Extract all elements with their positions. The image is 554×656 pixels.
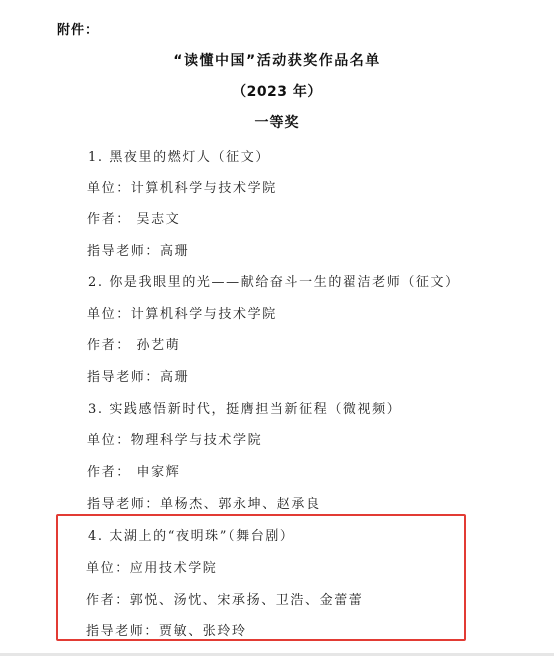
entry-advisor: 指导老师：贾敏、张玲玲 bbox=[86, 620, 247, 639]
entry-title: 2. 你是我眼里的光——献给奋斗一生的翟洁老师（征文） bbox=[88, 271, 460, 290]
entry-author: 作者： 孙艺萌 bbox=[87, 334, 180, 353]
entry-advisor: 指导老师：单杨杰、郭永坤、赵承良 bbox=[87, 493, 321, 512]
document-year: （2023 年） bbox=[0, 81, 554, 101]
attachment-label: 附件： bbox=[57, 19, 99, 38]
entry-title: 4. 太湖上的“夜明珠”（舞台剧） bbox=[88, 525, 295, 544]
entry-title: 3. 实践感悟新时代，挺膺担当新征程（微视频） bbox=[88, 398, 401, 417]
entry-unit: 单位：应用技术学院 bbox=[86, 557, 217, 576]
entry-author: 作者：郭悦、汤忱、宋承扬、卫浩、金蕾蕾 bbox=[86, 589, 363, 608]
entry-advisor: 指导老师：高珊 bbox=[87, 366, 189, 385]
entry-unit: 单位：计算机科学与技术学院 bbox=[87, 303, 277, 322]
document-title: “读懂中国”活动获奖作品名单 bbox=[0, 50, 554, 70]
entry-unit: 单位：计算机科学与技术学院 bbox=[87, 177, 277, 196]
entry-author: 作者： 申家辉 bbox=[87, 461, 180, 480]
prize-level-heading: 一等奖 bbox=[0, 112, 554, 132]
entry-advisor: 指导老师：高珊 bbox=[87, 240, 189, 259]
document-page: 附件： “读懂中国”活动获奖作品名单 （2023 年） 一等奖 1. 黑夜里的燃… bbox=[0, 0, 554, 654]
entry-title: 1. 黑夜里的燃灯人（征文） bbox=[88, 146, 270, 165]
entry-author: 作者： 吴志文 bbox=[87, 208, 180, 227]
entry-unit: 单位：物理科学与技术学院 bbox=[87, 429, 262, 448]
